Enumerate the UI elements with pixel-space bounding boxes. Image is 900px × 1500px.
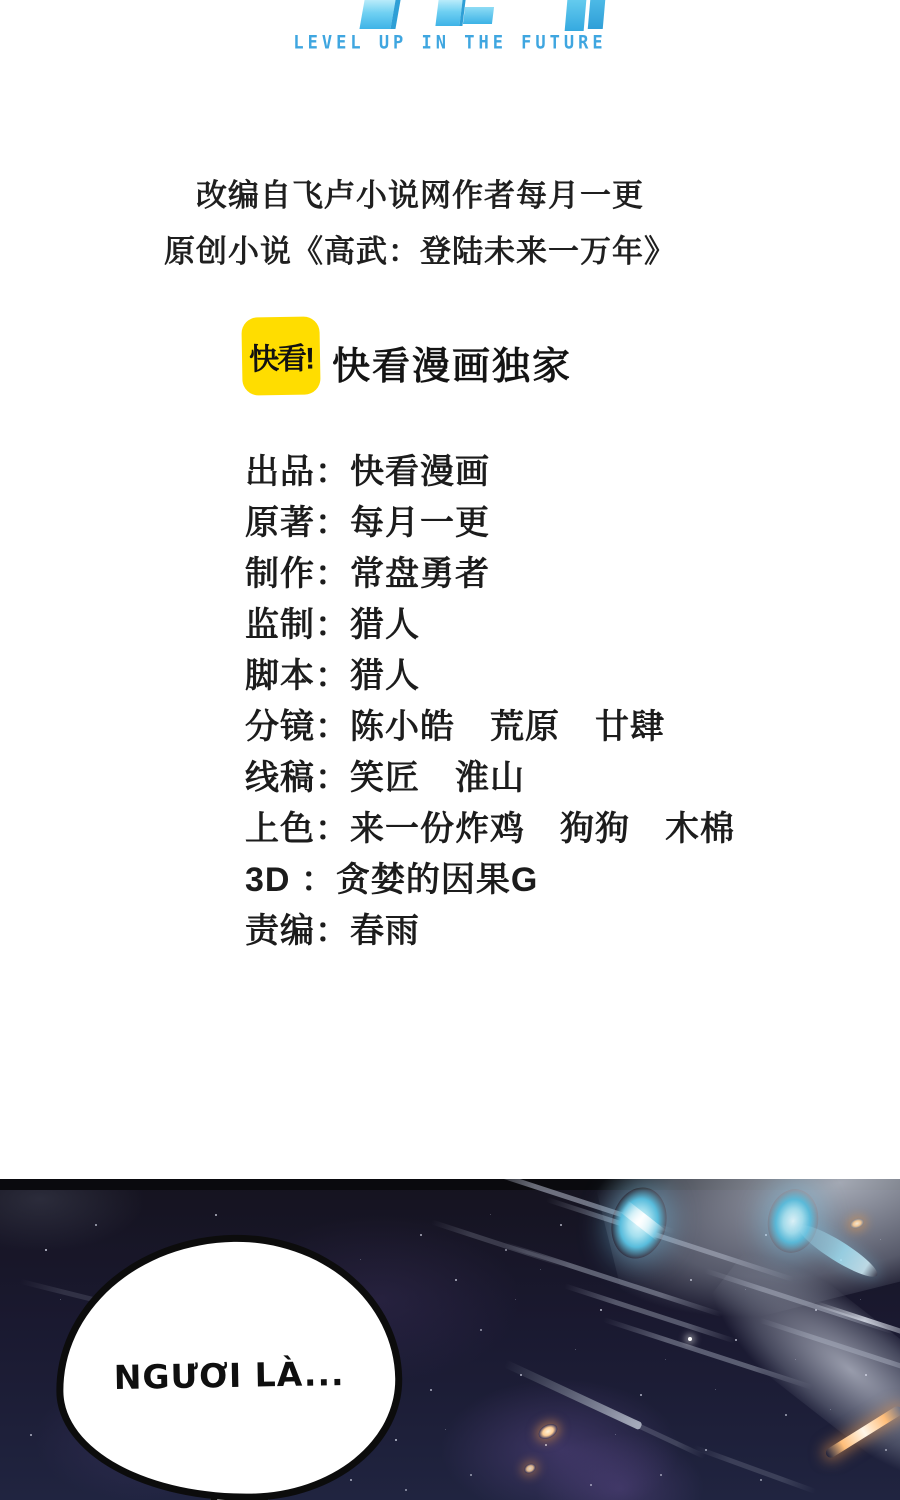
comic-credits-page: LEVEL UP IN THE FUTURE 改编自飞卢小说网作者每月一更 原创… bbox=[0, 0, 900, 1500]
credit-line: 原著：每月一更 bbox=[245, 498, 735, 549]
speed-streak bbox=[431, 1219, 566, 1267]
bright-star bbox=[688, 1337, 692, 1341]
credit-line: 3D ：贪婪的因果G bbox=[245, 855, 735, 906]
speech-bubble: NGƯƠI LÀ... bbox=[54, 1232, 405, 1500]
ember-spark bbox=[523, 1462, 538, 1476]
credit-line: 线稿：笑匠 淮山 bbox=[245, 753, 735, 804]
logo-glyph-fragment bbox=[565, 0, 587, 31]
star-field-faint bbox=[0, 1179, 1, 1180]
logo-glyph-fragment bbox=[588, 0, 606, 29]
speed-streak bbox=[693, 1445, 817, 1494]
credit-line: 上色：来一份炸鸡 狗狗 木棉 bbox=[245, 804, 735, 855]
brand-exclusive-label: 快看漫画独家 bbox=[332, 335, 572, 390]
feather-highlight bbox=[619, 1201, 665, 1242]
credit-line: 制作：常盘勇者 bbox=[245, 549, 735, 600]
speed-streak bbox=[604, 1408, 706, 1459]
credit-line: 分镜：陈小皓 荒原 廿肆 bbox=[245, 702, 735, 753]
staff-credits-list: 出品：快看漫画 原著：每月一更 制作：常盘勇者 监制：猎人 脚本：猎人 分镜：陈… bbox=[245, 447, 735, 957]
kuaikan-logo-badge: 快看! bbox=[241, 316, 320, 395]
adaptation-note-line2: 原创小说《高武：登陆未来一万年》 bbox=[0, 226, 840, 271]
series-logo-subtitle: LEVEL UP IN THE FUTURE bbox=[0, 32, 900, 54]
adaptation-note-line1: 改编自飞卢小说网作者每月一更 bbox=[0, 170, 840, 215]
ember-spark bbox=[536, 1421, 560, 1442]
speech-bubble-text: NGƯƠI LÀ... bbox=[113, 1339, 345, 1396]
logo-glyph-fragment bbox=[435, 0, 465, 26]
logo-glyph-fragment bbox=[359, 0, 400, 29]
logo-glyph-fragment bbox=[463, 7, 494, 24]
credit-line: 出品：快看漫画 bbox=[245, 447, 735, 498]
credit-line: 监制：猎人 bbox=[245, 600, 735, 651]
comic-panel: NGƯƠI LÀ... bbox=[0, 1179, 900, 1500]
credit-line: 责编：春雨 bbox=[245, 906, 735, 957]
credit-line: 脚本：猎人 bbox=[245, 651, 735, 702]
